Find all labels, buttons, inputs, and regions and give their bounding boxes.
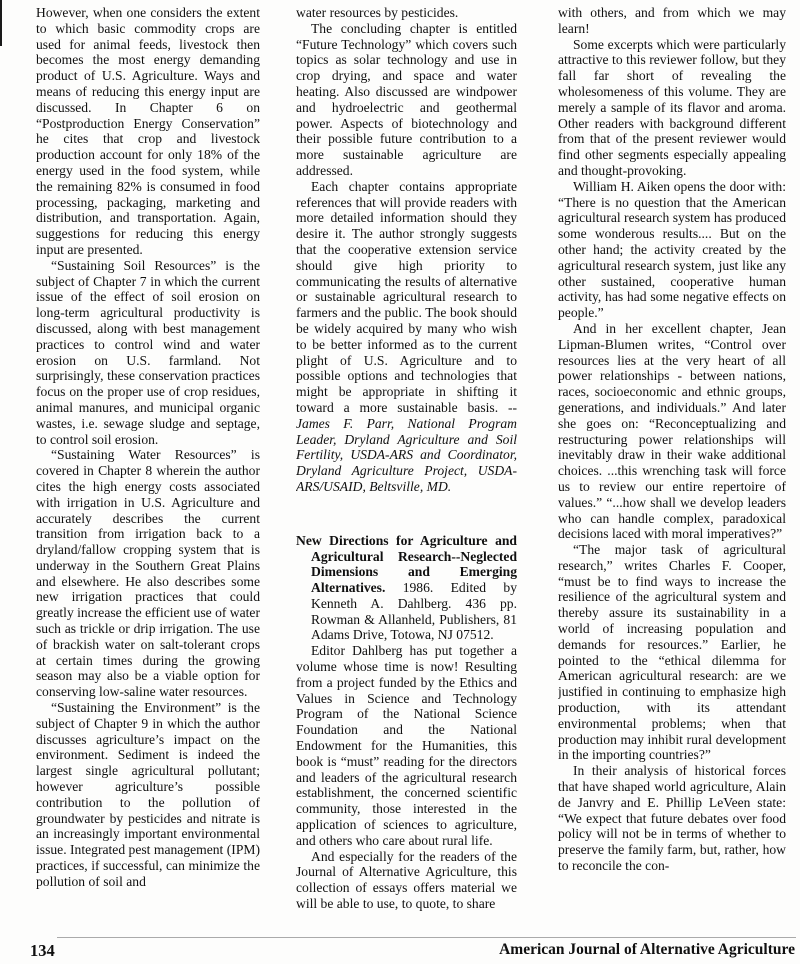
paragraph: However, when one considers the extent t… [36, 5, 260, 258]
paragraph: And especially for the readers of the Jo… [296, 849, 517, 912]
paragraph-text: Each chapter contains appropriate refere… [296, 179, 517, 415]
paragraph: water resources by pesticides. [296, 5, 517, 21]
page-number: 134 [30, 942, 55, 960]
paragraph-with-attribution: Each chapter contains appropriate refere… [296, 179, 517, 495]
footer-rule [57, 937, 796, 938]
paragraph: “Sustaining Soil Resources” is the subje… [36, 258, 260, 448]
paragraph: Some excerpts which were particularly at… [558, 37, 786, 179]
journal-title: American Journal of Alternative Agricult… [499, 941, 795, 959]
reviewer-attribution: James F. Parr, National Program Leader, … [296, 416, 517, 494]
journal-page: However, when one considers the extent t… [0, 0, 800, 964]
scan-artifact-line [0, 0, 2, 46]
paragraph: The concluding chapter is entitled “Futu… [296, 21, 517, 179]
paragraph: “The major task of agricultural research… [558, 542, 786, 763]
paragraph: William H. Aiken opens the door with: “T… [558, 179, 786, 321]
paragraph: with others, and from which we may learn… [558, 5, 786, 37]
paragraph: “Sustaining Water Resources” is covered … [36, 447, 260, 700]
paragraph: And in her excellent chapter, Jean Lipma… [558, 321, 786, 542]
text-column-middle: water resources by pesticides. The concl… [296, 5, 517, 937]
text-column-right: with others, and from which we may learn… [558, 5, 786, 937]
text-column-left: However, when one considers the extent t… [36, 5, 260, 937]
book-citation: New Directions for Agriculture and Agric… [296, 533, 517, 644]
paragraph: In their analysis of historical forces t… [558, 763, 786, 874]
paragraph: Editor Dahlberg has put together a volum… [296, 643, 517, 848]
paragraph: “Sustaining the Environment” is the subj… [36, 700, 260, 890]
